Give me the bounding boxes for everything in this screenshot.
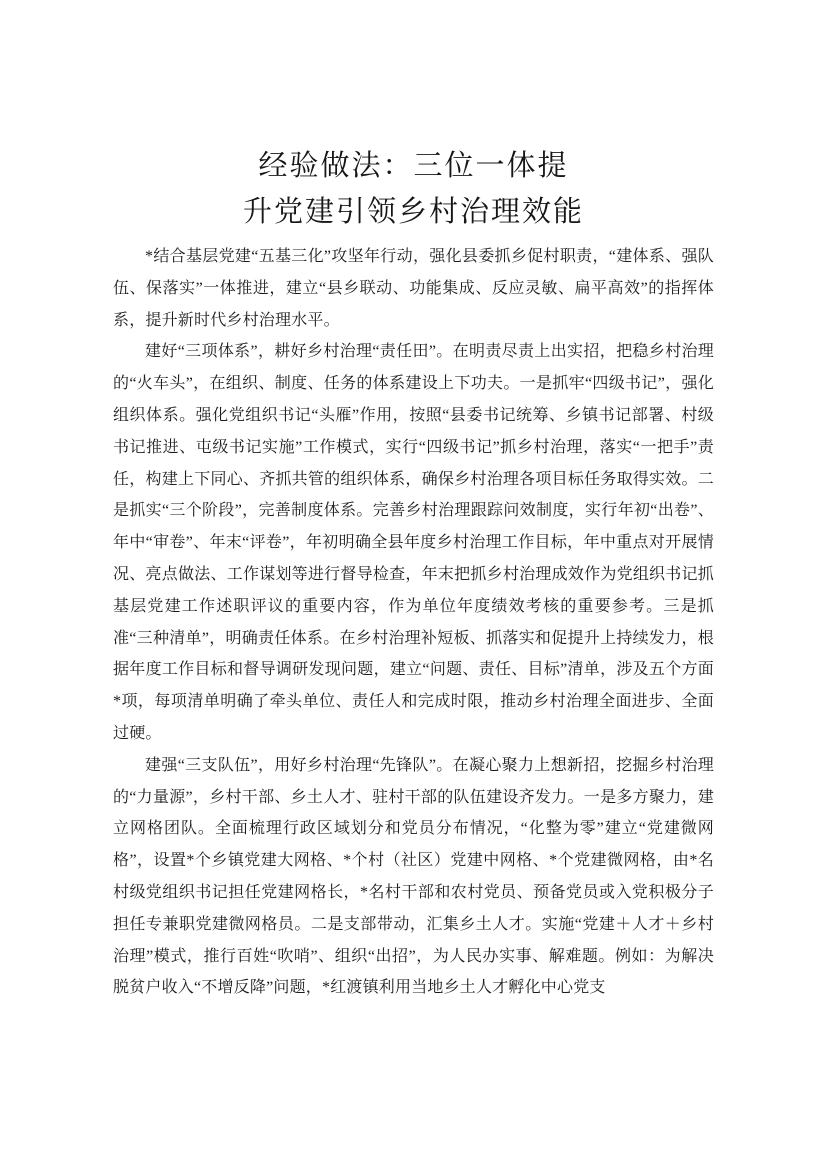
paragraph-three-teams: 建强“三支队伍”，用好乡村治理“先锋队”。在凝心聚力上想新招，挖掘乡村治理的“力… (113, 750, 714, 1004)
title-line-2: 升党建引领乡村治理效能 (113, 189, 714, 235)
title-line-1: 经验做法：三位一体提 (113, 143, 714, 189)
paragraph-intro: *结合基层党建“五基三化”攻坚年行动，强化县委抓乡促村职责，“建体系、强队伍、保… (113, 241, 714, 336)
document-title: 经验做法：三位一体提 升党建引领乡村治理效能 (113, 143, 714, 235)
paragraph-three-systems: 建好“三项体系”，耕好乡村治理“责任田”。在明责尽责上出实招，把稳乡村治理的“火… (113, 336, 714, 749)
document-page: 经验做法：三位一体提 升党建引领乡村治理效能 *结合基层党建“五基三化”攻坚年行… (0, 0, 826, 1165)
